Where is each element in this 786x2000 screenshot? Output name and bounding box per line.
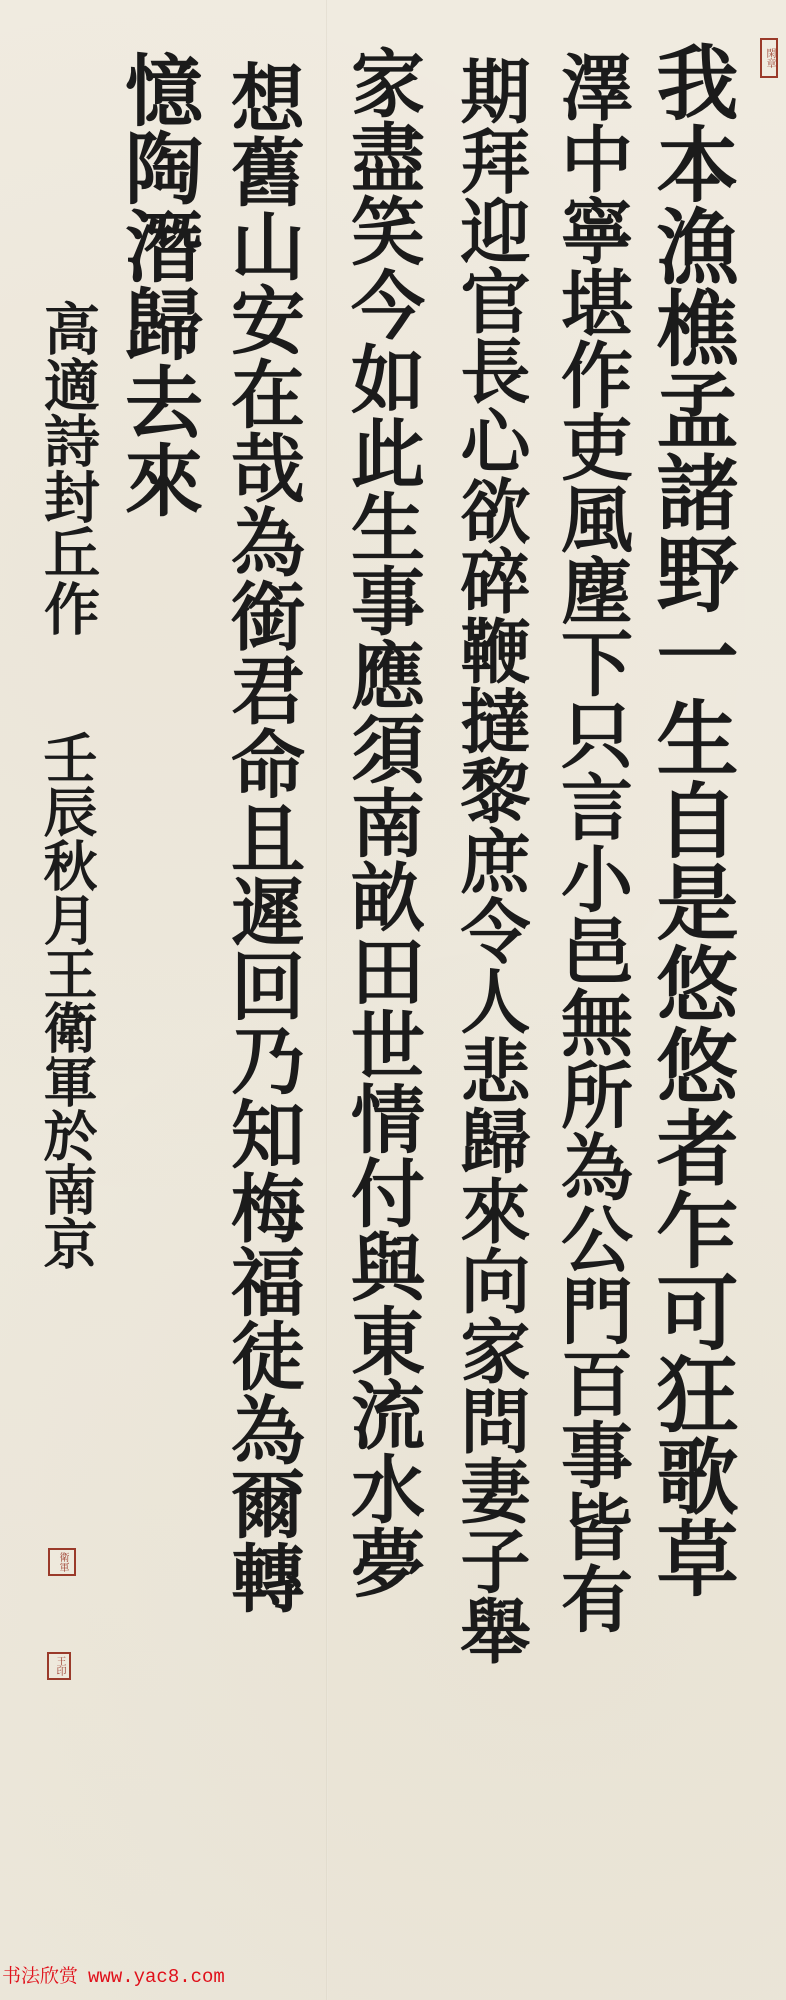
inscription-title-line: 高適詩封丘作 [40,300,96,720]
watermark-label: 书法欣赏 [2,1965,78,1987]
calligraphy-column-5: 想舊山安在哉為銜君命且遲回乃知梅福徒為爾轉 [225,60,299,1990]
watermark-url: www.yac8.com [88,1966,225,1988]
calligraphy-column-3: 期拜迎官長心欲碎鞭撻黎庶令人悲歸來向家問妻子舉 [455,55,525,1985]
site-watermark: 书法欣赏www.yac8.com [2,1961,225,1988]
inscription-date-signature-line: 壬辰秋月王衛軍於南京 [40,730,94,1510]
calligraphy-column-2: 澤中寧堪作吏風塵下只言小邑無所為公門百事皆有 [555,50,627,1980]
signature-seal-2: 王印 [47,1652,71,1680]
calligraphy-column-4: 家盡笑今如此生事應須南畝田世情付與東流水夢 [345,45,419,1975]
signature-seal-1: 衛軍 [48,1548,76,1576]
seal-text: 王印 [54,1656,64,1676]
leading-seal: 閑章 [760,38,778,78]
paper-panel-seam [326,0,328,2000]
seal-text: 衛軍 [57,1552,67,1572]
calligraphy-column-6: 憶陶潛歸去來 [118,50,196,750]
seal-text: 閑章 [764,48,774,68]
calligraphy-column-1: 我本漁樵孟諸野一生自是悠悠者乍可狂歌草 [650,40,732,1970]
